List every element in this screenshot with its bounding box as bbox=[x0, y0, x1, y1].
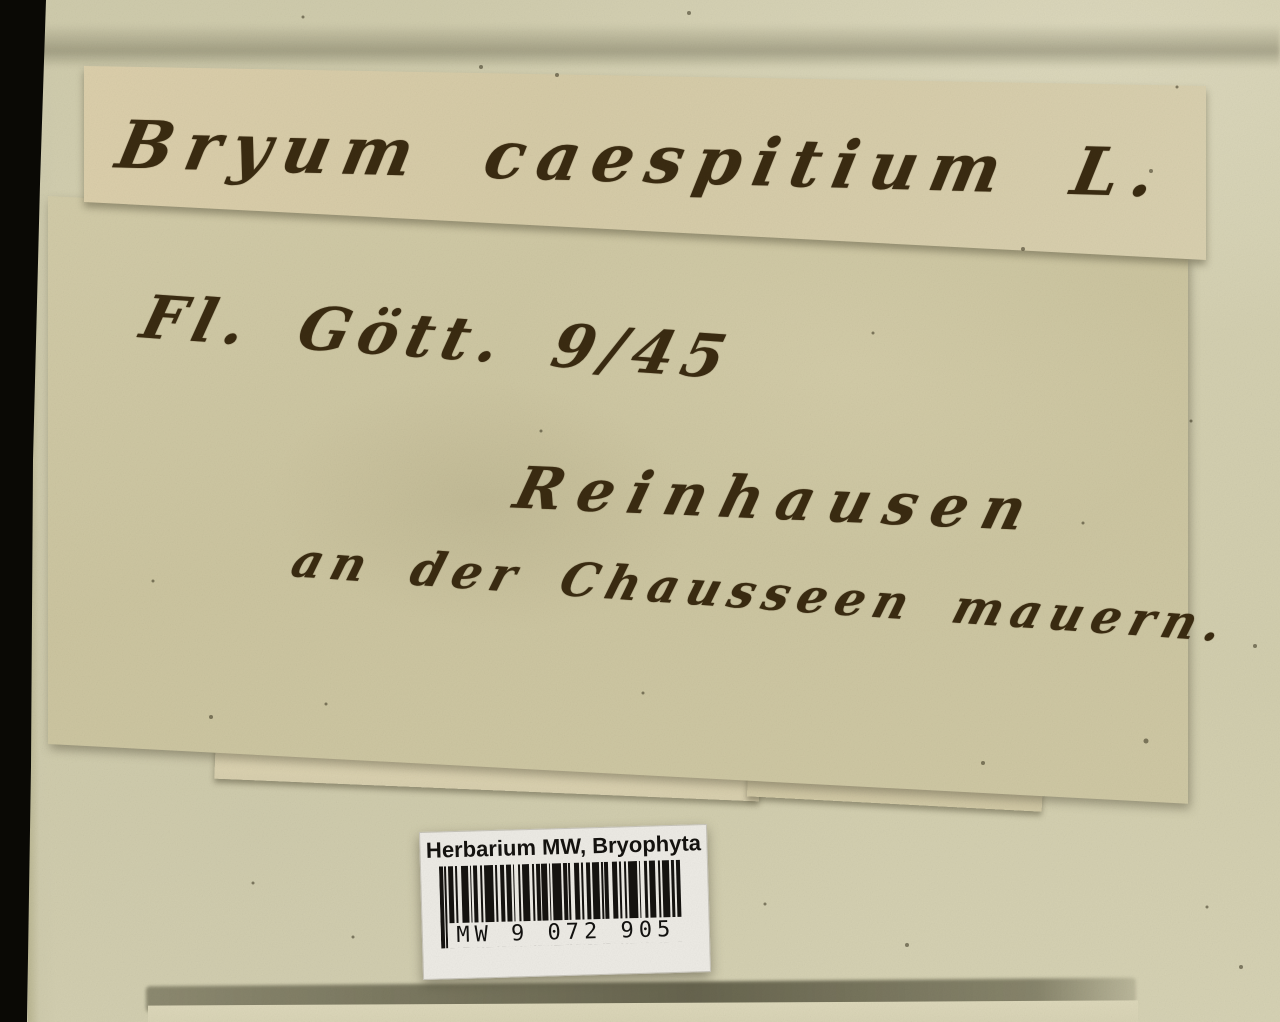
herbarium-sheet-photo: Bryum caespitium L. Fl. Gött. 9/45 Reinh… bbox=[0, 0, 1280, 1022]
barcode-label: Herbarium MW, Bryophyta MW 9 072 905 bbox=[419, 824, 711, 980]
barcode-institution-text: Herbarium MW, Bryophyta bbox=[423, 830, 704, 864]
barcode-number-text: MW 9 072 905 bbox=[447, 917, 685, 949]
sheet-top-crease-shadow bbox=[40, 24, 1280, 68]
